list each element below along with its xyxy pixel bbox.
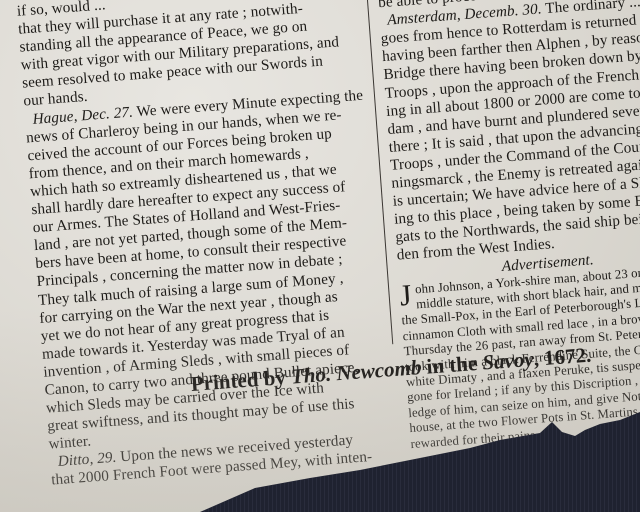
show-through-text: . . . (62, 430, 76, 442)
show-through-text: . . . . . . (60, 395, 96, 407)
right-column: believ ... be able to proceed farther ..… (376, 0, 640, 452)
dropcap: J (399, 286, 412, 305)
imprint-place: Savoy (481, 347, 534, 375)
imprint-year: , 1672. (533, 343, 592, 371)
left-column: if so, would ... that they will purchase… (16, 0, 396, 490)
